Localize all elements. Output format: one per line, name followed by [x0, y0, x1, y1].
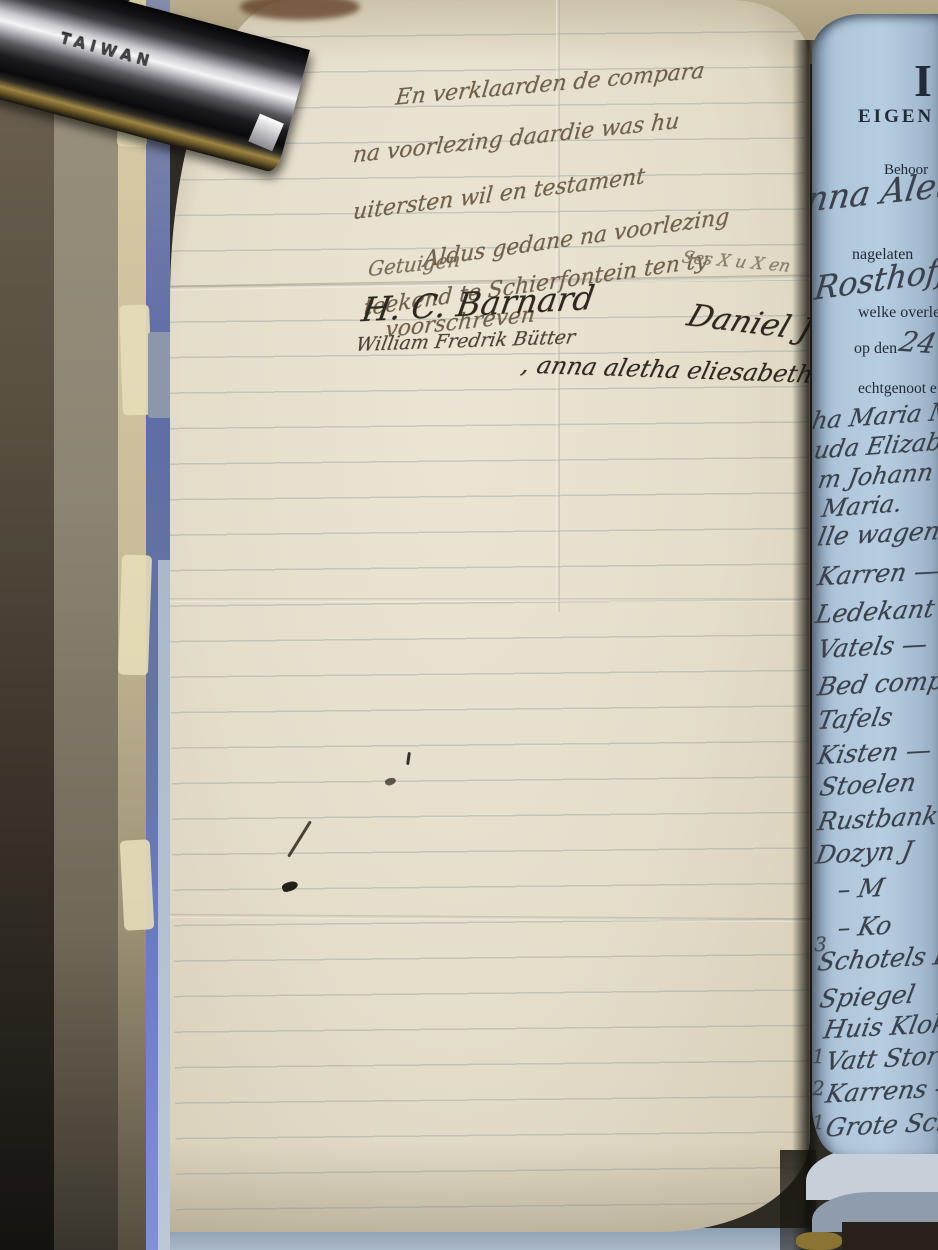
- book-edge-shadow: [0, 0, 54, 1250]
- clip-embossed-text: TAIWAN: [58, 29, 156, 71]
- printed-heading-eigen: EIGEN: [858, 106, 934, 128]
- inventory-item: Kisten —: [815, 735, 934, 770]
- printed-echtgenoot: echtgenoot e: [858, 380, 937, 398]
- inventory-item: Karren —: [815, 556, 938, 592]
- quantity-number: 3: [814, 932, 827, 956]
- tape-fragment-blue: [148, 332, 172, 418]
- inventory-item: Huis Klok: [821, 1009, 938, 1045]
- handwritten-relation: m Johann: [816, 458, 936, 494]
- inventory-item: Stoelen: [817, 767, 918, 801]
- manuscript-page: En verklaarden de compara na voorlezing …: [170, 0, 810, 1232]
- quantity-number: 1: [812, 1044, 825, 1068]
- printed-op-den: op den: [854, 340, 897, 358]
- inventory-item: Ledekant —: [813, 592, 938, 629]
- bottom-corner-shadow: [842, 1222, 938, 1250]
- binding-glimpse: [796, 1232, 842, 1250]
- inventory-item: Rustbank: [815, 801, 938, 837]
- inventory-item: Grote Sch: [823, 1107, 938, 1143]
- inventory-item: Vatels —: [815, 629, 930, 664]
- inventory-item: lle wagen,: [815, 515, 938, 551]
- inventory-item: Bed comp: [815, 666, 938, 702]
- tape-fragment: [118, 555, 152, 676]
- handwritten-date: 24: [896, 325, 938, 360]
- inventory-item: Karrens —: [823, 1072, 938, 1108]
- cardboard-cover-edge: [54, 0, 118, 1250]
- inventory-item-ditto: – Ko: [835, 910, 894, 942]
- clip-highlight: [248, 114, 284, 152]
- inventory-item: Dozyn J: [813, 835, 915, 869]
- printed-inventory-page: I EIGEN Behoor nna Alett nagelaten Rosth…: [812, 14, 938, 1154]
- tape-fragment: [120, 839, 155, 930]
- handwritten-owner-name: nna Alett: [812, 163, 938, 220]
- inventory-item: Tafels: [815, 702, 895, 735]
- inventory-item: Schotels L: [815, 940, 938, 976]
- quantity-number: 2: [812, 1076, 825, 1100]
- inventory-item: Spiegel: [817, 979, 917, 1013]
- horizontal-crease: [170, 598, 810, 602]
- inventory-item-ditto: – M: [835, 873, 887, 905]
- quantity-number: 1: [812, 1110, 825, 1134]
- inventory-item: Vatt Stor: [823, 1041, 938, 1076]
- printed-welke-overleden: welke overle: [858, 304, 938, 322]
- printed-title-initial: I: [914, 54, 932, 107]
